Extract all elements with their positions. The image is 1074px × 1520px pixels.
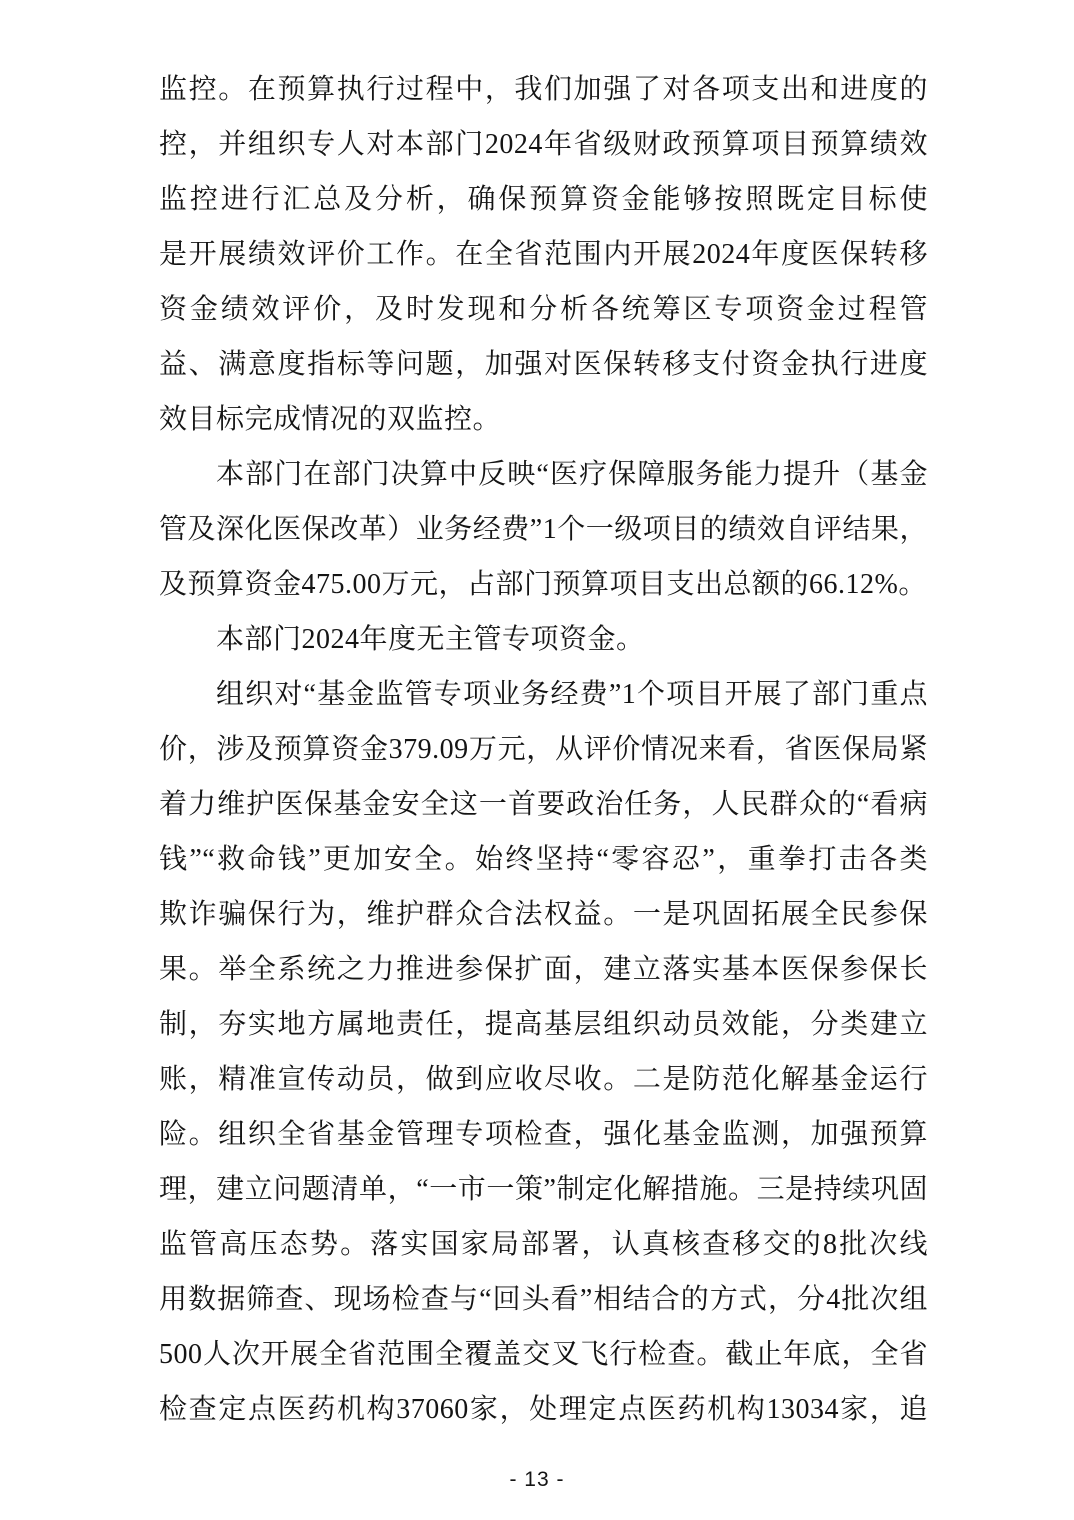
document-body: 监控。在预算执行过程中，我们加强了对各项支出和进度的监控，并组织专人对本部门20… [159, 62, 928, 1437]
text-line: 益、满意度指标等问题，加强对医保转移支付资金执行进度和绩 [159, 337, 928, 392]
document-page: 监控。在预算执行过程中，我们加强了对各项支出和进度的监控，并组织专人对本部门20… [0, 0, 1074, 1520]
text-line: 用数据筛查、现场检查与“回头看”相结合的方式，分4批次组织 [159, 1272, 928, 1327]
text-line: 资金绩效评价，及时发现和分析各统筹区专项资金过程管理、效 [159, 282, 928, 337]
text-line: 是开展绩效评价工作。在全省范围内开展2024年度医保转移支付 [159, 227, 928, 282]
text-line: 监管高压态势。落实国家局部署，认真核查移交的8批次线索。采 [159, 1217, 928, 1272]
text-line: 本部门在部门决算中反映“医疗保障服务能力提升（基金监 [159, 447, 928, 502]
text-line: 检查定点医药机构37060家，处理定点医药机构13034家，追回医 [159, 1382, 928, 1437]
text-line: 管及深化医保改革）业务经费”1个一级项目的绩效自评结果，涉 [159, 502, 928, 557]
text-line: 500人次开展全省范围全覆盖交叉飞行检查。截止年底，全省现场 [159, 1327, 928, 1382]
text-line: 钱”“救命钱”更加安全。始终坚持“零容忍”，重拳打击各类 [159, 832, 928, 887]
page-footer: - 13 - [0, 1468, 1074, 1492]
text-line: 监控。在预算执行过程中，我们加强了对各项支出和进度的监 [159, 62, 928, 117]
text-line: 效目标完成情况的双监控。 [159, 392, 928, 447]
text-line: 理，建立问题清单，“一市一策”制定化解措施。三是持续巩固 [159, 1162, 928, 1217]
text-line: 价，涉及预算资金379.09万元，从评价情况来看，省医保局紧扣 [159, 722, 928, 777]
text-line: 果。举全系统之力推进参保扩面，建立落实基本医保参保长效机 [159, 942, 928, 997]
text-line: 险。组织全省基金管理专项检查，强化基金监测，加强预算管 [159, 1107, 928, 1162]
text-line: 控，并组织专人对本部门2024年省级财政预算项目预算绩效运行 [159, 117, 928, 172]
text-line: 制，夯实地方属地责任，提高基层组织动员效能，分类建立台 [159, 997, 928, 1052]
text-line: 欺诈骗保行为，维护群众合法权益。一是巩固拓展全民参保成 [159, 887, 928, 942]
text-line: 监控进行汇总及分析，确保预算资金能够按照既定目标使用。三 [159, 172, 928, 227]
text-line: 及预算资金475.00万元，占部门预算项目支出总额的66.12%。 [159, 557, 928, 612]
text-line: 本部门2024年度无主管专项资金。 [159, 612, 928, 667]
text-line: 着力维护医保基金安全这一首要政治任务，人民群众的“看病 [159, 777, 928, 832]
text-line: 组织对“基金监管专项业务经费”1个项目开展了部门重点评 [159, 667, 928, 722]
text-line: 账，精准宣传动员，做到应收尽收。二是防范化解基金运行风 [159, 1052, 928, 1107]
page-number: - 13 - [509, 1468, 564, 1491]
